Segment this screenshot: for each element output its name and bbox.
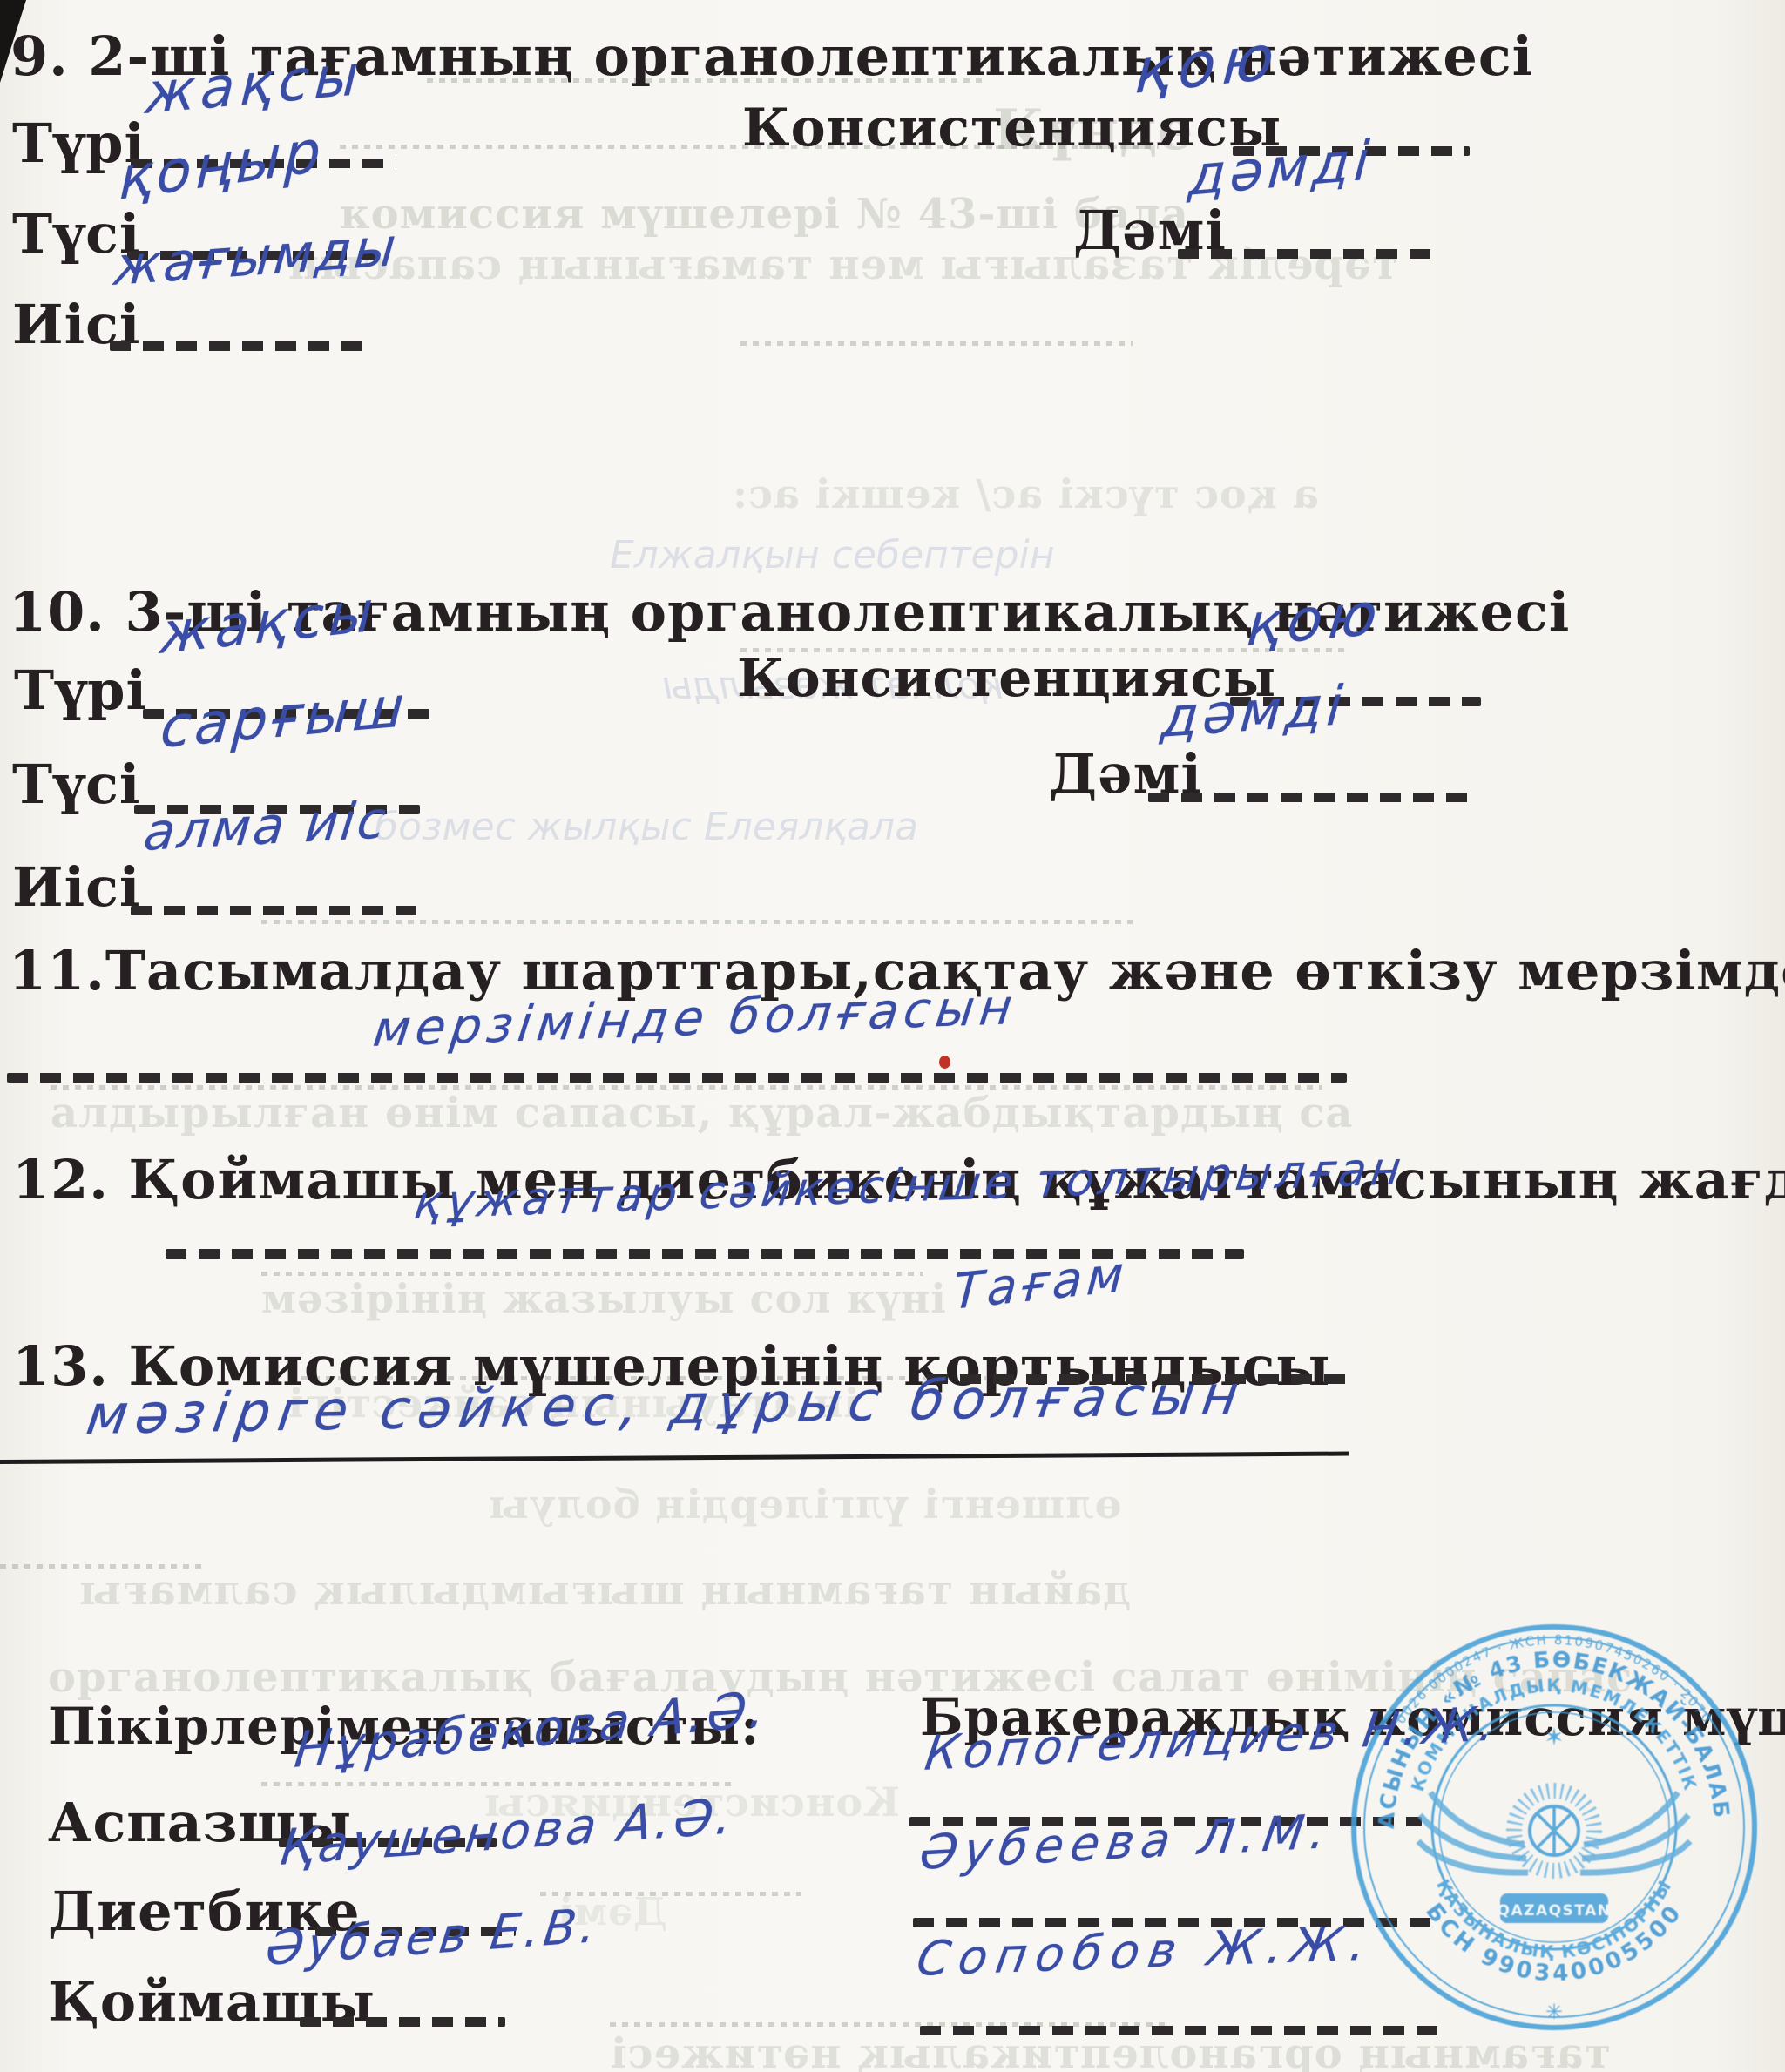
answer-line — [110, 341, 368, 351]
scan-corner-artifact — [0, 0, 26, 83]
ghost-handwriting: Елжалқын себептерін — [610, 533, 1055, 577]
signature-commission-2: Әубеева Л.М. — [916, 1804, 1336, 1880]
handwritten-tusi-9: қоңыр — [118, 117, 325, 213]
ghost-dotted-line — [0, 1564, 202, 1569]
signature-line — [300, 2017, 505, 2027]
field-label-iisi-10: Иісі — [12, 855, 140, 919]
ghost-dotted-line — [540, 1892, 801, 1896]
answer-line-solid — [0, 1452, 1349, 1464]
answer-line-full — [7, 1073, 1347, 1083]
ghost-text: комиссия мүшелері № 43-ші бала — [340, 190, 1189, 239]
ghost-dotted-line — [51, 1085, 1322, 1090]
stamp-bottom-star-icon: ✳ — [1545, 2000, 1563, 2024]
handwritten-dami-10: дәмді — [1159, 673, 1349, 750]
field-label-turi-10: Түрі — [14, 658, 147, 722]
ghost-text: а қос түскі ас/ кешкі ас: — [732, 470, 1319, 517]
answer-line — [1178, 249, 1432, 259]
scanned-brakerage-journal-page: Күнде комиссия мүшелері № 43-ші бала тәр… — [0, 0, 1785, 2072]
handwritten-tusi-10: сарғыш — [159, 675, 409, 761]
ghost-text: өлшенгі үлгілердің болуы — [488, 1481, 1121, 1528]
ghost-text: мәзірінің жазылуы сол күні — [261, 1275, 947, 1322]
stamp-banner-label: QAZAQSTAN — [1498, 1902, 1612, 1920]
stamp-shanyrak-cross — [1537, 1806, 1572, 1855]
ghost-text: дайын тағамның шығымдылық салмағы — [78, 1566, 1131, 1615]
handwritten-iisi-10: алма иіс — [141, 790, 391, 862]
ghost-dotted-line — [261, 1782, 732, 1786]
handwritten-konsistenciya-10: қою — [1244, 579, 1386, 659]
red-ink-dot — [939, 1056, 950, 1069]
answer-line — [131, 906, 422, 915]
field-label-tusi-10: Түсі — [12, 753, 140, 816]
ghost-dotted-line — [261, 1272, 923, 1276]
handwritten-konsistenciya-9: қою — [1133, 20, 1283, 108]
ghost-dotted-line — [740, 341, 1133, 346]
ghost-text: тәрелік тазалығы мен тамағының сапасын — [287, 240, 1397, 289]
official-round-stamp: 0026·0000247 · ЖСН 810907450260 · 2070 Б… — [1340, 1613, 1768, 2042]
stamp-star-icon: ✶ — [1544, 1723, 1564, 1751]
ghost-dotted-line — [261, 920, 1133, 924]
ghost-text: алдырылған өнім сапасы, құрал-жабдықтард… — [51, 1089, 1354, 1137]
answer-line — [1148, 793, 1474, 802]
ghost-handwriting: бозмес жылқыс Елеялқала — [375, 805, 918, 849]
